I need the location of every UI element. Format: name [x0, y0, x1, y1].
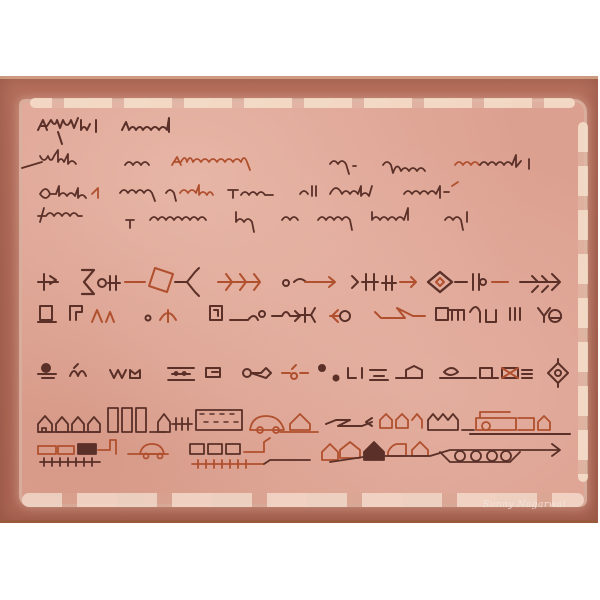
artist-signature: Sunny Nagarwal: [483, 500, 566, 510]
pictograph-row-train: [38, 438, 560, 468]
ink-artwork: [0, 0, 600, 600]
script-line-3: [38, 208, 467, 232]
pictograph-row-houses: [38, 408, 570, 434]
script-line-2: [40, 182, 458, 201]
glyph-row-2: [38, 306, 561, 322]
script-line-1: [22, 150, 529, 174]
glyph-row-1: [38, 268, 560, 296]
glyph-row-3: [38, 359, 568, 387]
heading-script: [38, 118, 169, 144]
